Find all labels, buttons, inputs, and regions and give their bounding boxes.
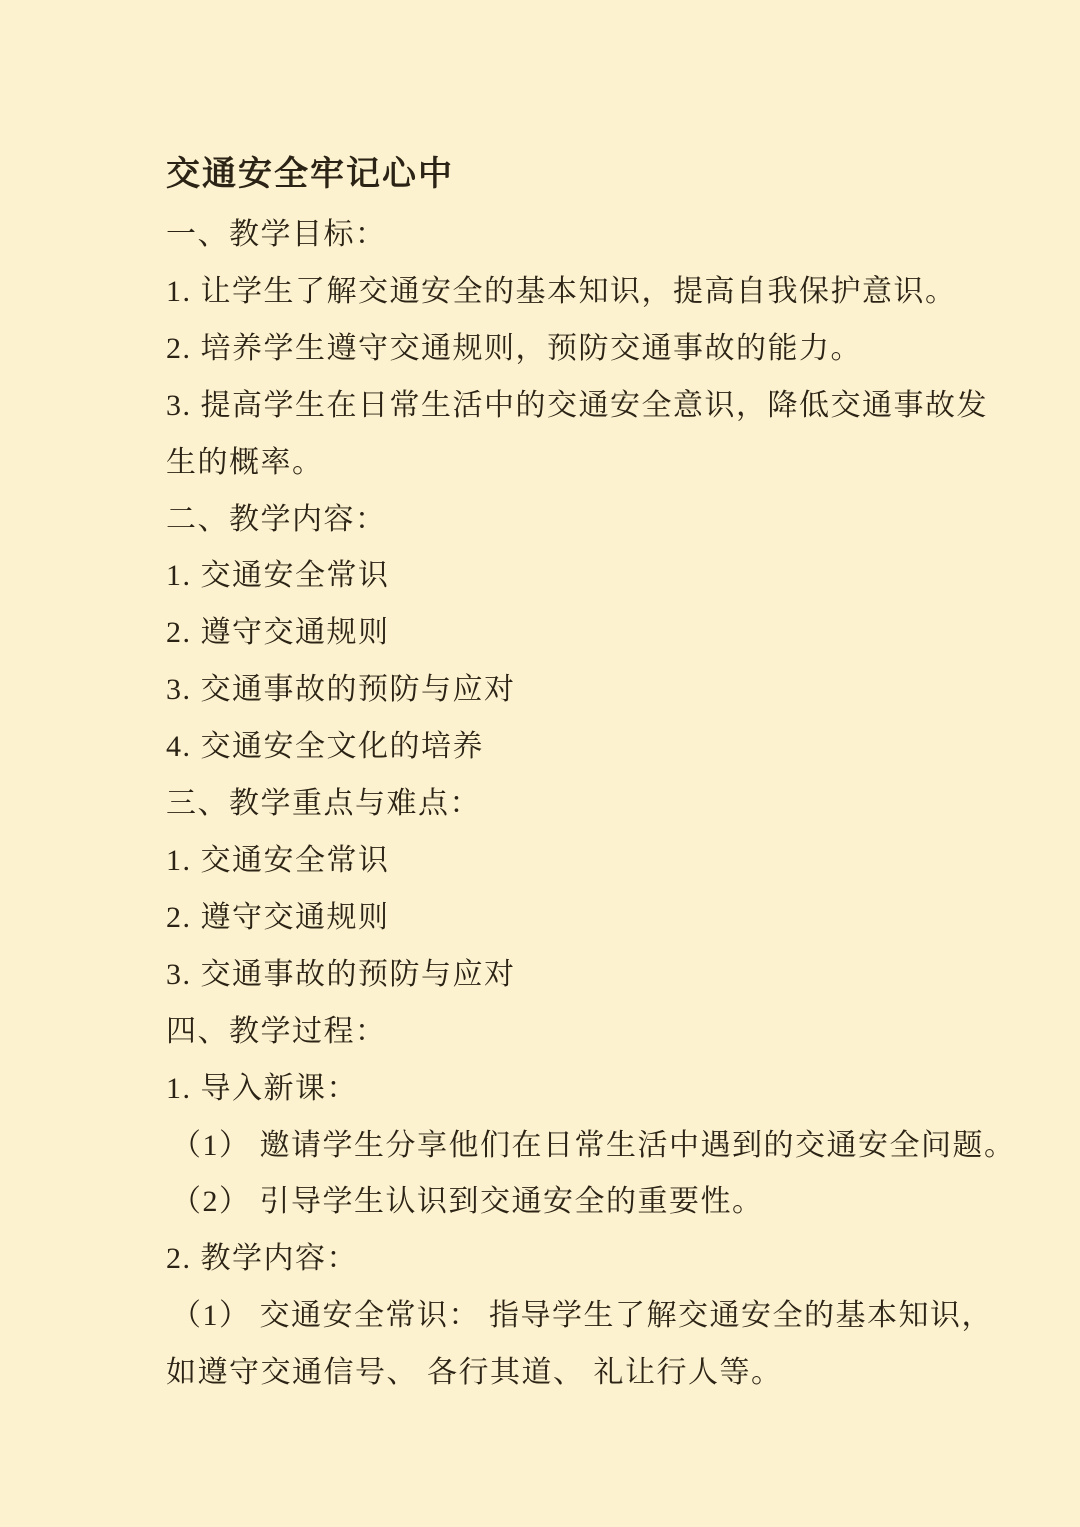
text-line: 1. 交通安全常识 xyxy=(166,833,956,890)
text-line: 如遵守交通信号、 各行其道、 礼让行人等。 xyxy=(166,1345,956,1402)
text-line: （2） 引导学生认识到交通安全的重要性。 xyxy=(166,1174,956,1231)
document-content: 交通安全牢记心中 一、教学目标：1. 让学生了解交通安全的基本知识，提高自我保护… xyxy=(166,143,956,1402)
text-line: 三、教学重点与难点： xyxy=(166,776,956,833)
text-line: 2. 遵守交通规则 xyxy=(166,890,956,947)
text-line: （1） 邀请学生分享他们在日常生活中遇到的交通安全问题。 xyxy=(166,1118,956,1175)
text-line: 2. 教学内容： xyxy=(166,1231,956,1288)
text-line: 4. 交通安全文化的培养 xyxy=(166,719,956,776)
text-line: 1. 交通安全常识 xyxy=(166,548,956,605)
text-line: 2. 遵守交通规则 xyxy=(166,605,956,662)
document-title: 交通安全牢记心中 xyxy=(166,143,956,207)
text-line: 3. 交通事故的预防与应对 xyxy=(166,947,956,1004)
document-page: 交通安全牢记心中 一、教学目标：1. 让学生了解交通安全的基本知识，提高自我保护… xyxy=(0,0,1080,1527)
document-lines: 一、教学目标：1. 让学生了解交通安全的基本知识，提高自我保护意识。2. 培养学… xyxy=(166,207,956,1402)
text-line: 四、教学过程： xyxy=(166,1004,956,1061)
text-line: 1. 导入新课： xyxy=(166,1061,956,1118)
text-line: （1） 交通安全常识： 指导学生了解交通安全的基本知识， xyxy=(166,1288,956,1345)
text-line: 1. 让学生了解交通安全的基本知识，提高自我保护意识。 xyxy=(166,264,956,321)
text-line: 3. 提高学生在日常生活中的交通安全意识，降低交通事故发 xyxy=(166,378,956,435)
text-line: 二、教学内容： xyxy=(166,492,956,549)
text-line: 3. 交通事故的预防与应对 xyxy=(166,662,956,719)
text-line: 2. 培养学生遵守交通规则，预防交通事故的能力。 xyxy=(166,321,956,378)
text-line: 一、教学目标： xyxy=(166,207,956,264)
text-line: 生的概率。 xyxy=(166,435,956,492)
